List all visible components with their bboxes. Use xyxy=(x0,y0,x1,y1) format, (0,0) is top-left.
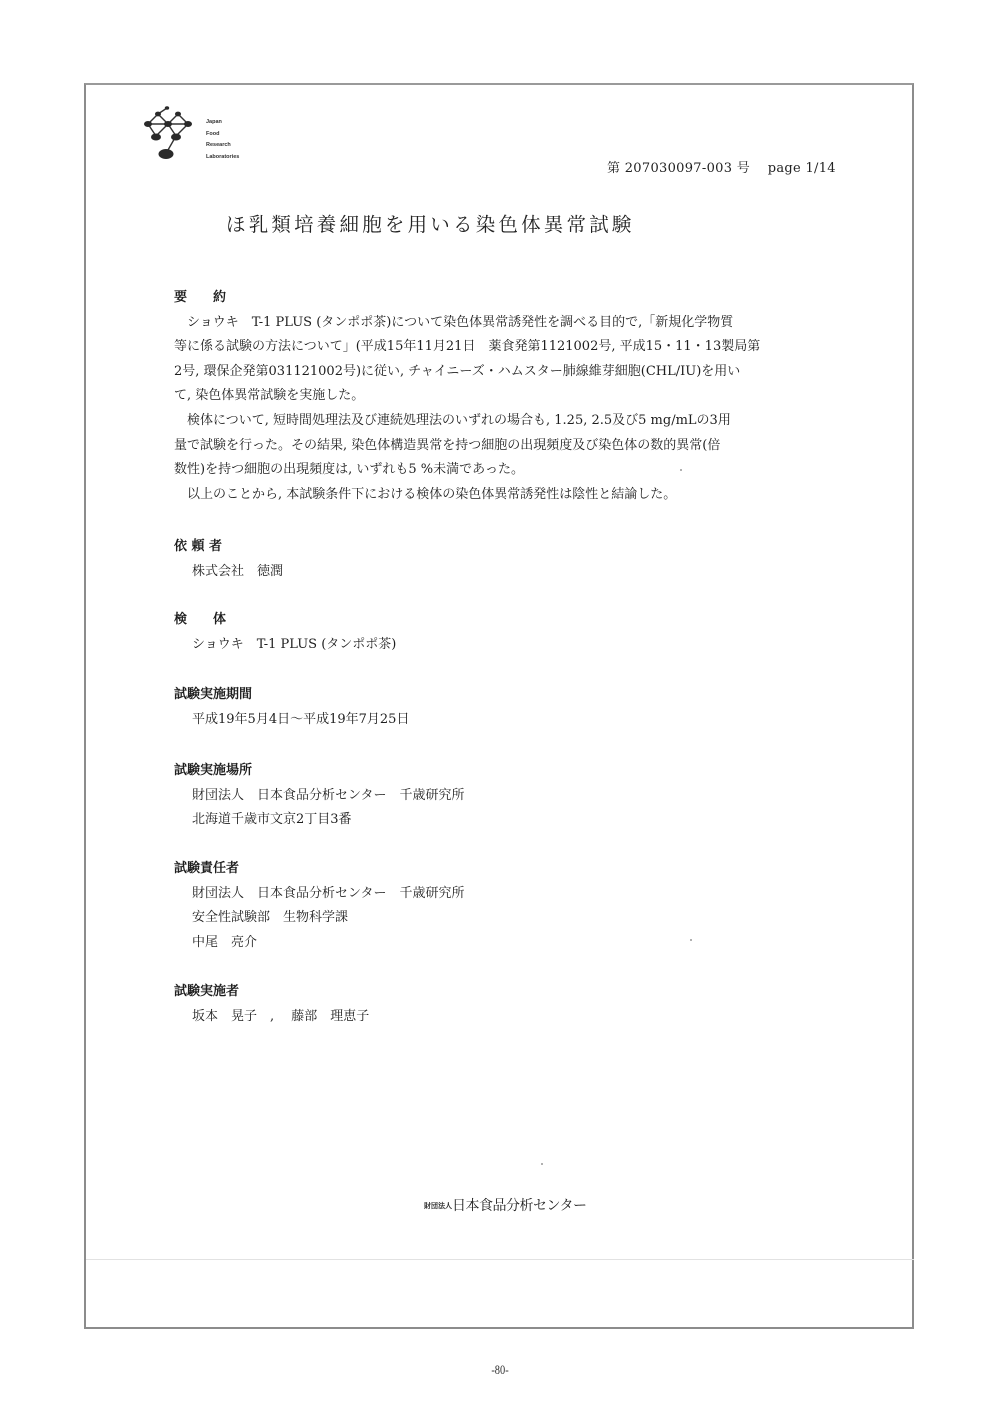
section-line: 北海道千歳市文京2丁目3番 xyxy=(174,808,464,833)
summary-line: ショウキ T-1 PLUS (タンポポ茶)について染色体異常誘発性を調べる目的で… xyxy=(174,311,760,336)
summary-line: 検体について, 短時間処理法及び連続処理法のいずれの場合も, 1.25, 2.5… xyxy=(174,409,760,434)
org-prefix: 財団法人 xyxy=(424,1202,452,1210)
section-line: 中尾 亮介 xyxy=(174,931,464,956)
summary-line: 以上のことから, 本試験条件下における検体の染色体異常誘発性は陰性と結論した。 xyxy=(174,483,760,508)
scan-speck xyxy=(680,469,682,471)
logo-line: Japan xyxy=(206,117,239,129)
organization-stamp: 財団法人日本食品分析センター xyxy=(424,1195,586,1215)
logo-wordmark: Japan Food Research Laboratories xyxy=(206,117,239,163)
study-director-section: 試験責任者 財団法人 日本食品分析センター 千歳研究所 安全性試験部 生物科学課… xyxy=(174,857,464,955)
section-heading: 依 頼 者 xyxy=(174,535,283,560)
section-line: 平成19年5月4日～平成19年7月25日 xyxy=(174,708,409,733)
summary-line: 量で試験を行った。その結果, 染色体構造異常を持つ細胞の出現頻度及び染色体の数的… xyxy=(174,434,760,459)
section-line: 坂本 晃子 , 藤部 理恵子 xyxy=(174,1005,369,1030)
logo-line: Research xyxy=(206,140,239,152)
section-line: 株式会社 徳潤 xyxy=(174,560,283,585)
section-heading: 検 体 xyxy=(174,608,396,633)
sponsor-section: 依 頼 者 株式会社 徳潤 xyxy=(174,535,283,584)
document-title: ほ乳類培養細胞を用いる染色体異常試験 xyxy=(226,209,786,237)
test-period-section: 試験実施期間 平成19年5月4日～平成19年7月25日 xyxy=(174,683,409,732)
section-line: 安全性試験部 生物科学課 xyxy=(174,906,464,931)
section-heading: 試験実施場所 xyxy=(174,759,464,784)
logo-line: Food xyxy=(206,129,239,141)
section-heading: 試験実施期間 xyxy=(174,683,409,708)
scan-speck xyxy=(690,939,692,941)
logo-line: Laboratories xyxy=(206,152,239,164)
section-line: 財団法人 日本食品分析センター 千歳研究所 xyxy=(174,882,464,907)
summary-line: て, 染色体異常試験を実施した。 xyxy=(174,384,760,409)
test-facility-section: 試験実施場所 財団法人 日本食品分析センター 千歳研究所 北海道千歳市文京2丁目… xyxy=(174,759,464,833)
page-number: -80- xyxy=(100,1362,900,1378)
summary-line: 数性)を持つ細胞の出現頻度は, いずれも5 %未満であった。 xyxy=(174,458,760,483)
summary-section: 要 約 ショウキ T-1 PLUS (タンポポ茶)について染色体異常誘発性を調べ… xyxy=(174,286,760,507)
section-heading: 試験実施者 xyxy=(174,980,369,1005)
section-line: ショウキ T-1 PLUS (タンポポ茶) xyxy=(174,633,396,658)
org-name: 日本食品分析センター xyxy=(452,1198,586,1214)
test-personnel-section: 試験実施者 坂本 晃子 , 藤部 理恵子 xyxy=(174,980,369,1029)
section-heading: 試験責任者 xyxy=(174,857,464,882)
scan-speck xyxy=(541,1163,543,1165)
footer-divider xyxy=(86,1259,914,1260)
test-substance-section: 検 体 ショウキ T-1 PLUS (タンポポ茶) xyxy=(174,608,396,657)
document-number: 第 207030097-003 号 page 1/14 xyxy=(607,157,836,176)
section-line: 財団法人 日本食品分析センター 千歳研究所 xyxy=(174,784,464,809)
summary-line: 等に係る試験の方法について」(平成15年11月21日 薬食発第1121002号,… xyxy=(174,335,760,360)
summary-line: 2号, 環保企発第031121002号)に従い, チャイニーズ・ハムスター肺線維… xyxy=(174,360,760,385)
summary-heading: 要 約 xyxy=(174,286,760,311)
